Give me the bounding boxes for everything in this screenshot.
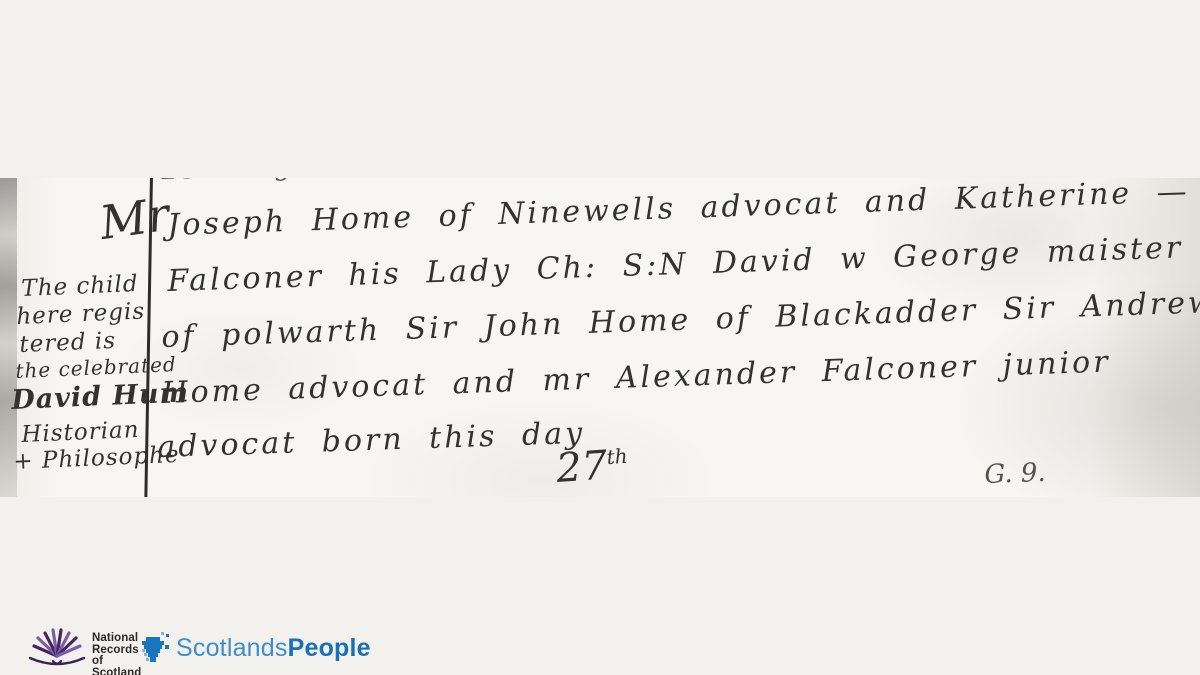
entry-date-day: 27 bbox=[555, 443, 609, 492]
scotlands-text: Scotlands bbox=[176, 634, 288, 662]
nrs-text-line-2: Records of bbox=[92, 645, 141, 668]
entry-prefix-mr: Mr bbox=[96, 187, 172, 250]
entry-line-4: Home advocat and mr Alexander Falconer j… bbox=[161, 345, 1111, 411]
entry-line-5: advocat born this day bbox=[157, 416, 586, 465]
footer-branding: National Records of Scotland bbox=[0, 620, 1200, 675]
nrs-text-line-3: Scotland bbox=[92, 668, 141, 675]
nrs-logo-text: National Records of Scotland bbox=[92, 633, 141, 675]
people-text: People bbox=[288, 634, 371, 662]
record-scan: 23d ingran — Mr Joseph Home of Ninewells… bbox=[0, 178, 1200, 497]
margin-note-line-2: here regis bbox=[16, 298, 146, 330]
scotlandspeople-pixel-thistle-icon bbox=[142, 632, 170, 664]
entry-line-3: of polwarth Sir John Home of Blackadder … bbox=[161, 285, 1200, 355]
partial-bottom-text: G. 9. bbox=[984, 458, 1046, 490]
partial-previous-entry-line: 23d ingran — bbox=[161, 178, 401, 186]
scotlandspeople-wordmark: ScotlandsPeople bbox=[176, 634, 371, 663]
entry-line-1: Joseph Home of Ninewells advocat and Kat… bbox=[167, 178, 1190, 243]
entry-date-suffix: th bbox=[606, 444, 629, 469]
margin-note-line-3: tered is bbox=[19, 328, 117, 358]
scotlandspeople-logo: ScotlandsPeople bbox=[142, 632, 170, 669]
nrs-thistle-icon bbox=[28, 628, 86, 670]
nrs-logo: National Records of Scotland bbox=[28, 628, 86, 672]
entry-line-2: Falconer his Lady Ch: S:N David w George… bbox=[167, 230, 1184, 299]
entry-date: 27th bbox=[555, 441, 630, 492]
margin-note-line-1: The child bbox=[21, 271, 139, 302]
nrs-text-line-1: National bbox=[92, 633, 141, 645]
page-background: 23d ingran — Mr Joseph Home of Ninewells… bbox=[0, 0, 1200, 675]
